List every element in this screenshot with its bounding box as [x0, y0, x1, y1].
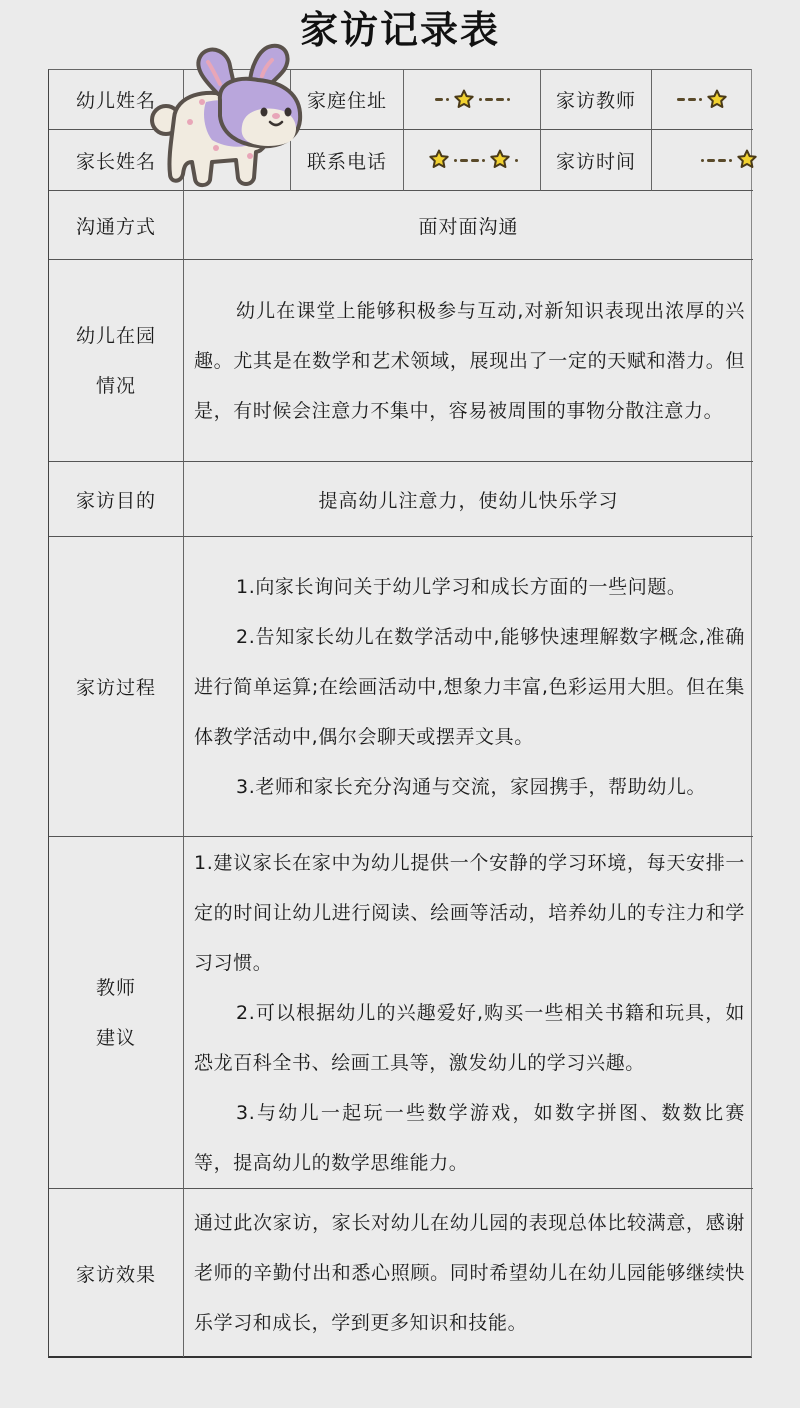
label-line: 情况 — [96, 361, 136, 411]
visit-effect-text: 通过此次家访，家长对幼儿在幼儿园的表现总体比较满意，感谢老师的辛勤付出和悉心照顾… — [194, 1198, 745, 1348]
advice-item: 2.可以根据幼儿的兴趣爱好,购买一些相关书籍和玩具，如恐龙百科全书、绘画工具等，… — [194, 988, 745, 1088]
label-teacher-advice: 教师 建议 — [49, 837, 184, 1189]
star-icon — [452, 88, 476, 112]
dash-star-decoration — [435, 88, 510, 112]
value-communication-method[interactable]: 面对面沟通 — [184, 191, 753, 260]
value-parent-name[interactable] — [184, 130, 291, 191]
page-title: 家访记录表 — [0, 2, 800, 58]
value-visiting-teacher[interactable] — [652, 70, 753, 130]
label-visit-time: 家访时间 — [541, 130, 652, 191]
label-visit-effect: 家访效果 — [49, 1189, 184, 1357]
star-icon — [735, 148, 759, 172]
value-teacher-advice[interactable]: 1.建议家长在家中为幼儿提供一个安静的学习环境，每天安排一定的时间让幼儿进行阅读… — [184, 837, 753, 1189]
value-visit-effect[interactable]: 通过此次家访，家长对幼儿在幼儿园的表现总体比较满意，感谢老师的辛勤付出和悉心照顾… — [184, 1189, 753, 1357]
process-item: 1.向家长询问关于幼儿学习和成长方面的一些问题。 — [194, 562, 745, 612]
visit-record-table: 幼儿姓名 家庭住址 家访教师 家长姓名 联系电话 家访时间 沟通方 — [48, 69, 752, 1358]
process-item: 2.告知家长幼儿在数学活动中,能够快速理解数字概念,准确进行简单运算;在绘画活动… — [194, 612, 745, 762]
dash-star-decoration — [677, 88, 729, 112]
label-line: 建议 — [96, 1013, 136, 1063]
label-visit-process: 家访过程 — [49, 537, 184, 837]
advice-item: 1.建议家长在家中为幼儿提供一个安静的学习环境，每天安排一定的时间让幼儿进行阅读… — [194, 838, 745, 988]
label-contact-phone: 联系电话 — [291, 130, 404, 191]
label-line: 幼儿在园 — [76, 311, 156, 361]
value-visit-time[interactable] — [652, 130, 753, 191]
value-visit-process[interactable]: 1.向家长询问关于幼儿学习和成长方面的一些问题。 2.告知家长幼儿在数学活动中,… — [184, 537, 753, 837]
star-dash-decoration — [427, 148, 518, 172]
label-child-name: 幼儿姓名 — [49, 70, 184, 130]
value-contact-phone[interactable] — [404, 130, 541, 191]
dash-star-decoration — [701, 148, 759, 172]
value-child-name[interactable] — [184, 70, 291, 130]
label-line: 教师 — [96, 963, 136, 1013]
star-icon — [427, 148, 451, 172]
advice-item: 3.与幼儿一起玩一些数学游戏，如数字拼图、数数比赛等，提高幼儿的数学思维能力。 — [194, 1088, 745, 1188]
label-visit-purpose: 家访目的 — [49, 462, 184, 537]
value-visit-purpose[interactable]: 提高幼儿注意力，使幼儿快乐学习 — [184, 462, 753, 537]
star-icon — [488, 148, 512, 172]
label-communication-method: 沟通方式 — [49, 191, 184, 260]
star-icon — [705, 88, 729, 112]
label-home-address: 家庭住址 — [291, 70, 404, 130]
value-home-address[interactable] — [404, 70, 541, 130]
label-parent-name: 家长姓名 — [49, 130, 184, 191]
child-status-text: 幼儿在课堂上能够积极参与互动,对新知识表现出浓厚的兴趣。尤其是在数学和艺术领域，… — [194, 286, 745, 436]
process-item: 3.老师和家长充分沟通与交流，家园携手，帮助幼儿。 — [194, 762, 745, 812]
label-child-status: 幼儿在园 情况 — [49, 260, 184, 462]
label-visiting-teacher: 家访教师 — [541, 70, 652, 130]
value-child-status[interactable]: 幼儿在课堂上能够积极参与互动,对新知识表现出浓厚的兴趣。尤其是在数学和艺术领域，… — [184, 260, 753, 462]
